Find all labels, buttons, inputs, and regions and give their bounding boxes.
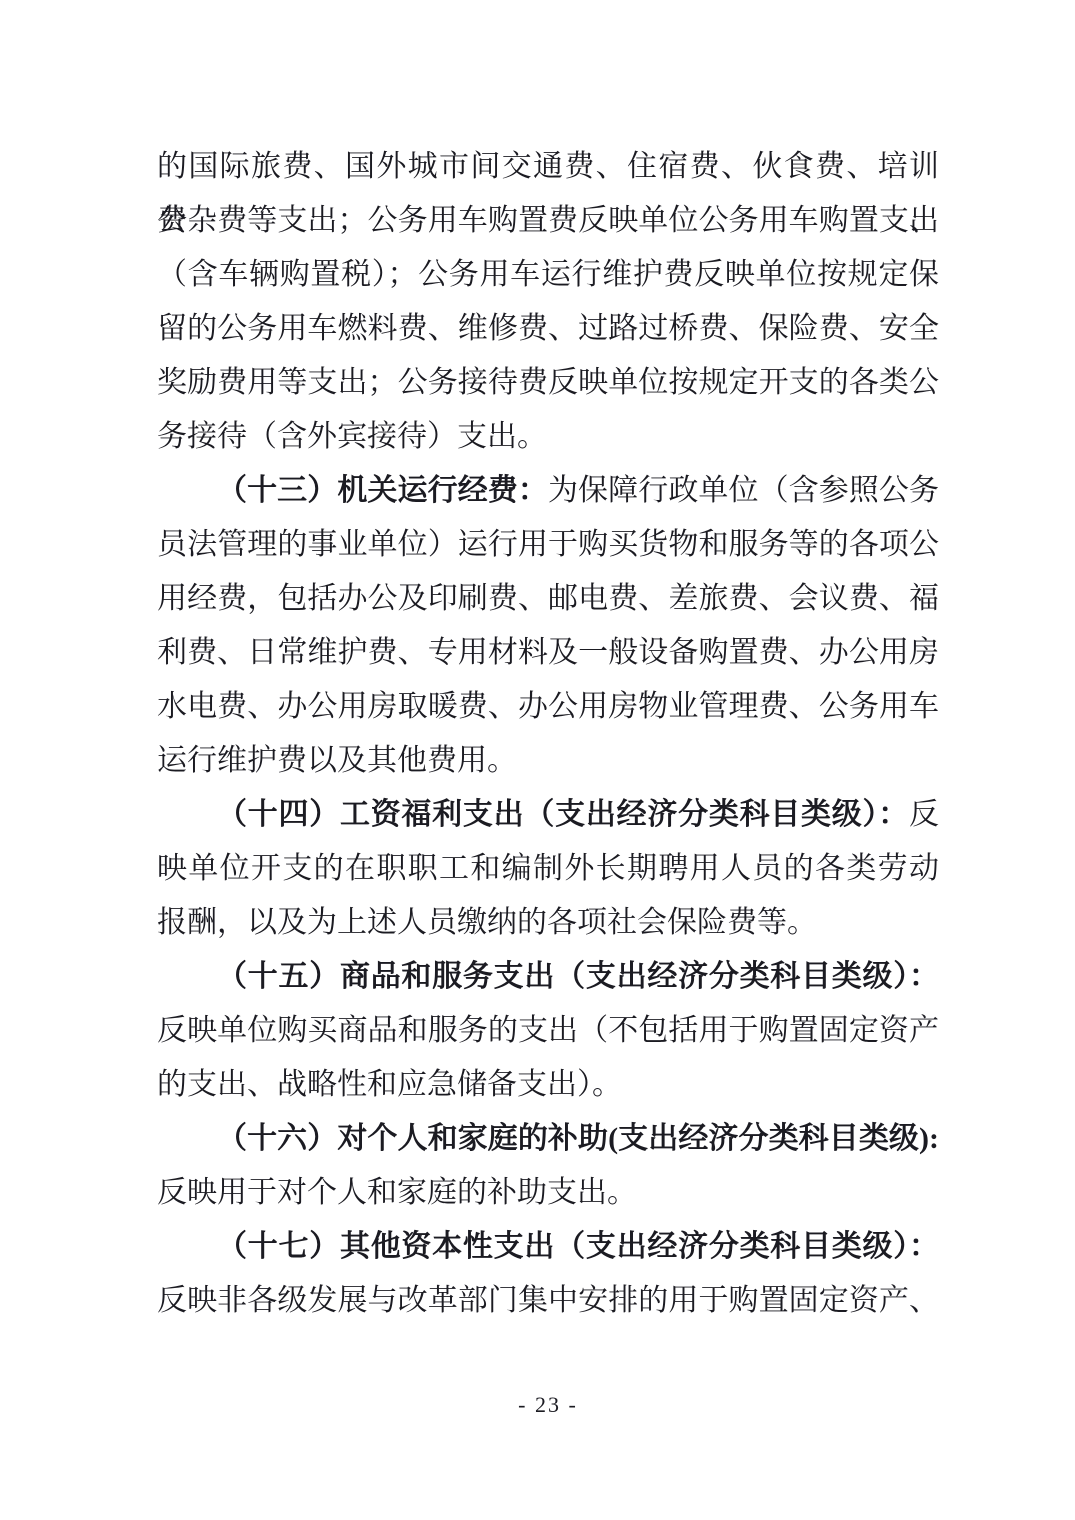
text-line: 用经费，包括办公及印刷费、邮电费、差旅费、会议费、福 — [157, 572, 939, 626]
body-text: 公杂费等支出；公务用车购置费反映单位公务用车购置支出 — [157, 204, 939, 237]
section-heading: （十六）对个人和家庭的补助(支出经济分类科目类级): — [217, 1122, 939, 1155]
text-line: （十七）其他资本性支出（支出经济分类科目类级）： — [157, 1220, 939, 1274]
body-text: 运行维护费以及其他费用。 — [157, 744, 517, 777]
body-text: 映单位开支的在职职工和编制外长期聘用人员的各类劳动 — [157, 852, 939, 885]
text-line: （十三）机关运行经费：为保障行政单位（含参照公务 — [157, 464, 939, 518]
text-line: （含车辆购置税）；公务用车运行维护费反映单位按规定保 — [157, 248, 939, 302]
text-line: 务接待（含外宾接待）支出。 — [157, 410, 939, 464]
body-text: 反映非各级发展与改革部门集中安排的用于购置固定资产、 — [157, 1284, 939, 1317]
body-text: 反映用于对个人和家庭的补助支出。 — [157, 1176, 637, 1209]
text-line: （十五）商品和服务支出（支出经济分类科目类级）： — [157, 950, 939, 1004]
text-line: 利费、日常维护费、专用材料及一般设备购置费、办公用房 — [157, 626, 939, 680]
text-line: 反映单位购买商品和服务的支出（不包括用于购置固定资产 — [157, 1004, 939, 1058]
text-line: 反映非各级发展与改革部门集中安排的用于购置固定资产、 — [157, 1274, 939, 1328]
text-line: 的国际旅费、国外城市间交通费、住宿费、伙食费、培训费、 — [157, 140, 939, 194]
body-text: 的支出、战略性和应急储备支出）。 — [157, 1068, 622, 1101]
text-line: 的支出、战略性和应急储备支出）。 — [157, 1058, 939, 1112]
body-text: 反 — [909, 798, 939, 831]
body-text: 员法管理的事业单位）运行用于购买货物和服务等的各项公 — [157, 528, 939, 561]
section-heading: （十七）其他资本性支出（支出经济分类科目类级）： — [217, 1230, 939, 1263]
body-text: 用经费，包括办公及印刷费、邮电费、差旅费、会议费、福 — [157, 582, 939, 615]
text-line: 映单位开支的在职职工和编制外长期聘用人员的各类劳动 — [157, 842, 939, 896]
body-text: 留的公务用车燃料费、维修费、过路过桥费、保险费、安全 — [157, 312, 939, 345]
text-line: 反映用于对个人和家庭的补助支出。 — [157, 1166, 939, 1220]
document-body: 的国际旅费、国外城市间交通费、住宿费、伙食费、培训费、公杂费等支出；公务用车购置… — [157, 140, 939, 1328]
section-heading: （十三）机关运行经费： — [217, 474, 548, 507]
document-page: 的国际旅费、国外城市间交通费、住宿费、伙食费、培训费、公杂费等支出；公务用车购置… — [0, 0, 1075, 1520]
text-line: （十四）工资福利支出（支出经济分类科目类级）：反 — [157, 788, 939, 842]
body-text: 为保障行政单位（含参照公务 — [548, 474, 939, 507]
text-line: 奖励费用等支出；公务接待费反映单位按规定开支的各类公 — [157, 356, 939, 410]
body-text: 水电费、办公用房取暖费、办公用房物业管理费、公务用车 — [157, 690, 939, 723]
text-line: 报酬，以及为上述人员缴纳的各项社会保险费等。 — [157, 896, 939, 950]
text-line: 留的公务用车燃料费、维修费、过路过桥费、保险费、安全 — [157, 302, 939, 356]
text-line: 水电费、办公用房取暖费、办公用房物业管理费、公务用车 — [157, 680, 939, 734]
body-text: （含车辆购置税）；公务用车运行维护费反映单位按规定保 — [157, 258, 939, 291]
body-text: 反映单位购买商品和服务的支出（不包括用于购置固定资产 — [157, 1014, 939, 1047]
section-heading: （十四）工资福利支出（支出经济分类科目类级）： — [217, 798, 909, 831]
body-text: 务接待（含外宾接待）支出。 — [157, 420, 547, 453]
text-line: （十六）对个人和家庭的补助(支出经济分类科目类级): — [157, 1112, 939, 1166]
page-number: - 23 - — [157, 1392, 939, 1418]
section-heading: （十五）商品和服务支出（支出经济分类科目类级）： — [217, 960, 939, 993]
body-text: 报酬，以及为上述人员缴纳的各项社会保险费等。 — [157, 906, 817, 939]
text-line: 公杂费等支出；公务用车购置费反映单位公务用车购置支出 — [157, 194, 939, 248]
text-line: 运行维护费以及其他费用。 — [157, 734, 939, 788]
text-line: 员法管理的事业单位）运行用于购买货物和服务等的各项公 — [157, 518, 939, 572]
body-text: 利费、日常维护费、专用材料及一般设备购置费、办公用房 — [157, 636, 939, 669]
body-text: 奖励费用等支出；公务接待费反映单位按规定开支的各类公 — [157, 366, 939, 399]
